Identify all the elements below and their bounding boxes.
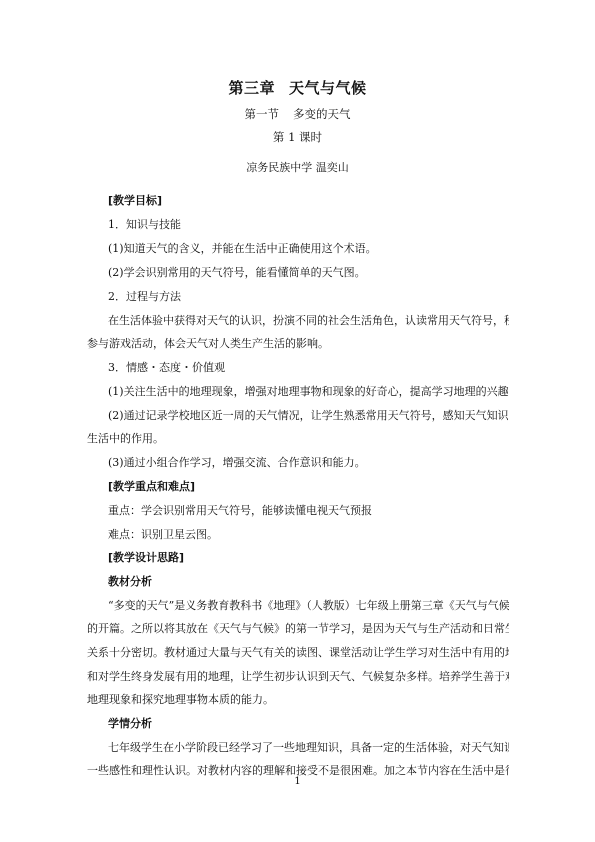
paragraph-line: 1．知识与技能 (108, 218, 509, 232)
paragraph-line: (3)通过小组合作学习，增强交流、合作意识和能力。 (108, 456, 509, 470)
paragraph-line: 3．情感・态度・价值观 (108, 361, 509, 375)
section-number: 第一节 (245, 107, 280, 121)
chapter-number: 第三章 (228, 79, 275, 97)
paragraph-line: 关系十分密切。教材通过大量与天气有关的读图、课堂活动让学生学习对生活中有用的地理 (87, 646, 509, 660)
document-page: 第三章天气与气候 第一节多变的天气 第 1 课时 凉务民族中学 温奕山 [教学目… (0, 0, 595, 842)
section-name: 多变的天气 (293, 107, 351, 121)
paragraph-line: (1)关注生活中的地理现象，增强对地理事物和现象的好奇心，提高学习地理的兴趣。 (108, 385, 509, 399)
paragraph-line: “多变的天气”是义务教育教科书《地理》（人教版）七年级上册第三章《天气与气候》 (108, 599, 509, 613)
section-heading: 学情分析 (108, 717, 509, 731)
author-line: 凉务民族中学 温奕山 (0, 159, 595, 175)
page-number: 1 (0, 776, 595, 787)
paragraph-line: 重点：学会识别常用天气符号，能够读懂电视天气预报 (108, 504, 509, 518)
paragraph-line: 的开篇。之所以将其放在《天气与气候》的第一节学习，是因为天气与生产活动和日常生活 (87, 622, 509, 636)
section-heading: [教学设计思路] (108, 551, 509, 565)
section-heading: [教学目标] (108, 194, 509, 208)
paragraph-line: 和对学生终身发展有用的地理，让学生初步认识到天气、气候复杂多样。培养学生善于观察 (87, 670, 509, 684)
paragraph-line: 生活中的作用。 (87, 432, 509, 446)
paragraph-line: (2)通过记录学校地区近一周的天气情况，让学生熟悉常用天气符号，感知天气知识在 (108, 409, 509, 423)
paragraph-line: (1)知道天气的含义，并能在生活中正确使用这个术语。 (108, 242, 509, 256)
paragraph-line: 参与游戏活动，体会天气对人类生产生活的影响。 (87, 337, 509, 351)
paragraph-line: 地理现象和探究地理事物本质的能力。 (87, 693, 509, 707)
chapter-title: 第三章天气与气候 (0, 77, 595, 98)
section-heading: 教材分析 (108, 575, 509, 589)
lesson-label: 第 1 课时 (0, 129, 595, 145)
paragraph-line: 2．过程与方法 (108, 290, 509, 304)
section-heading: [教学重点和难点] (108, 480, 509, 494)
section-title: 第一节多变的天气 (0, 106, 595, 122)
paragraph-line: 在生活体验中获得对天气的认识，扮演不同的社会生活角色，认读常用天气符号，积极 (108, 314, 509, 328)
paragraph-line: 难点：识别卫星云图。 (108, 528, 509, 542)
chapter-name: 天气与气候 (289, 79, 367, 97)
paragraph-line: (2)学会识别常用的天气符号，能看懂简单的天气图。 (108, 266, 509, 280)
paragraph-line: 七年级学生在小学阶段已经学习了一些地理知识，具备一定的生活体验，对天气知识有 (108, 741, 509, 755)
